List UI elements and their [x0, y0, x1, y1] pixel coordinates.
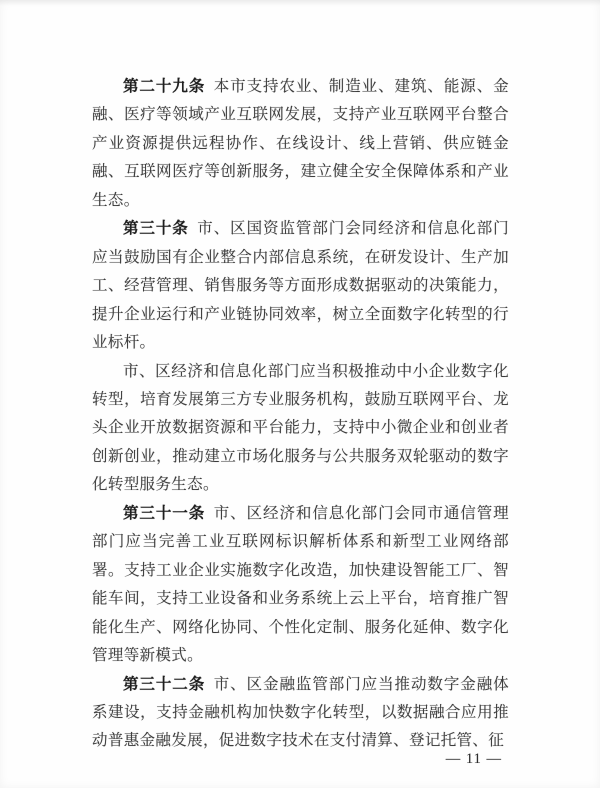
article-31-heading: 第三十一条 — [123, 505, 205, 522]
paragraph-article-29: 第二十九条本市支持农业、制造业、建筑、能源、金融、医疗等领域产业互联网发展，支持… — [92, 73, 509, 215]
paragraph-article-32: 第三十二条市、区金融监管部门应当推动数字金融体系建设，支持金融机构加快数字化转型… — [92, 671, 509, 756]
article-30-heading: 第三十条 — [123, 220, 189, 237]
document-text-block: 第二十九条本市支持农业、制造业、建筑、能源、金融、医疗等领域产业互联网发展，支持… — [92, 73, 509, 756]
paragraph-article-30-continued: 市、区经济和信息化部门应当积极推动中小企业数字化转型，培育发展第三方专业服务机构… — [92, 358, 509, 500]
article-30-continued-body: 市、区经济和信息化部门应当积极推动中小企业数字化转型，培育发展第三方专业服务机构… — [92, 363, 509, 494]
article-29-heading: 第二十九条 — [123, 78, 205, 95]
article-29-body: 本市支持农业、制造业、建筑、能源、金融、医疗等领域产业互联网发展，支持产业互联网… — [92, 78, 509, 209]
article-32-heading: 第三十二条 — [123, 676, 205, 693]
page-number: — 11 — — [446, 751, 502, 768]
paragraph-article-30: 第三十条市、区国资监管部门会同经济和信息化部门应当鼓励国有企业整合内部信息系统，… — [92, 215, 509, 357]
document-page: 第二十九条本市支持农业、制造业、建筑、能源、金融、医疗等领域产业互联网发展，支持… — [0, 0, 600, 788]
article-30-body: 市、区国资监管部门会同经济和信息化部门应当鼓励国有企业整合内部信息系统，在研发设… — [92, 220, 509, 351]
article-31-body: 市、区经济和信息化部门会同市通信管理部门应当完善工业互联网标识解析体系和新型工业… — [92, 505, 509, 664]
paragraph-article-31: 第三十一条市、区经济和信息化部门会同市通信管理部门应当完善工业互联网标识解析体系… — [92, 500, 509, 671]
